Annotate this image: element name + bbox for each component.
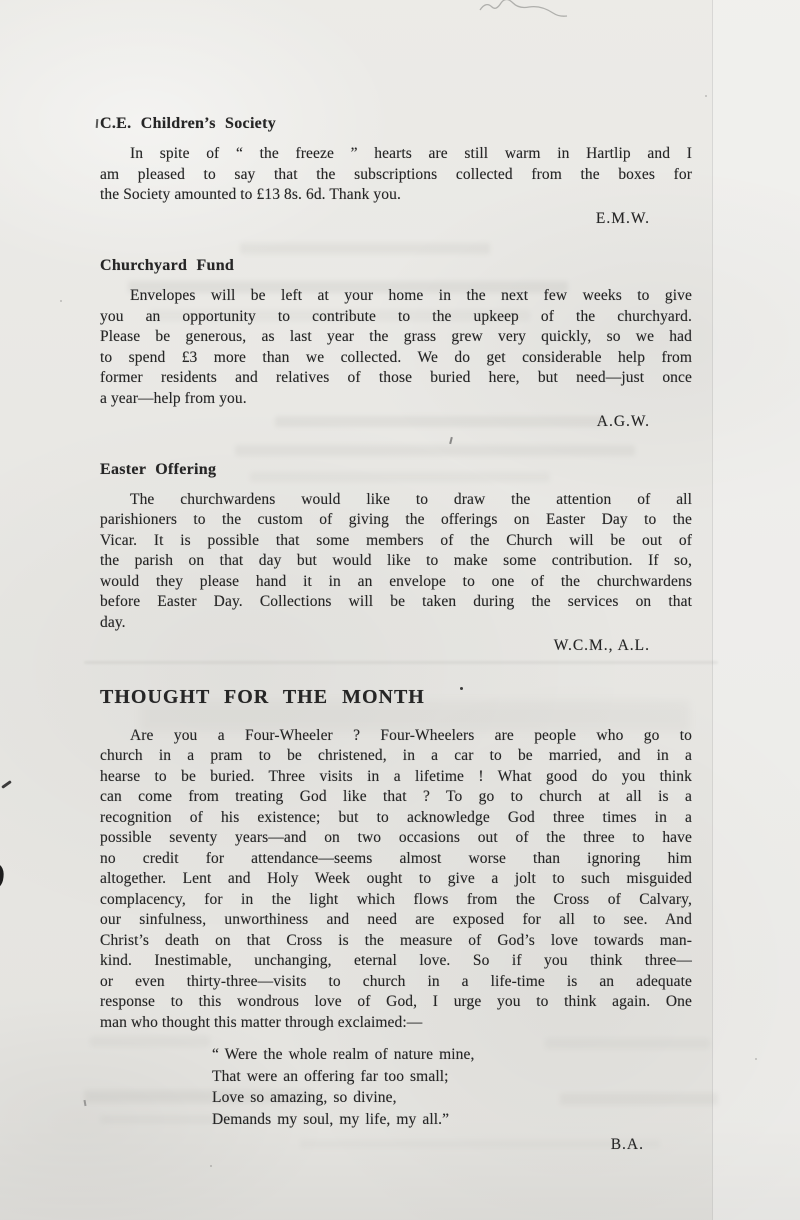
text-line: am pleased to say that the subscriptions… [100, 165, 692, 186]
text-line: church in a pram to be christened, in a … [100, 746, 692, 767]
text-line: That were an offering far too small; [212, 1066, 692, 1088]
margin-ink-tick [1, 780, 12, 789]
text-line: a year—help from you. [100, 389, 692, 410]
page-content: C.E. Children’s Society In spite of “ th… [100, 0, 692, 1156]
paper-speck [60, 300, 62, 302]
section-churchyard-fund: Churchyard Fund Envelopes will be left a… [100, 256, 692, 433]
text-line: Christ’s death on that Cross is the meas… [100, 931, 692, 952]
section-paragraph: The churchwardens would like to draw the… [100, 490, 692, 634]
section-easter-offering: Easter Offering The churchwardens would … [100, 460, 692, 657]
page-right-edge [712, 0, 800, 1220]
section-paragraph: In spite of “ the freeze ” hearts are st… [100, 144, 692, 206]
text-line: man who thought this matter through excl… [100, 1013, 692, 1034]
text-line: response to this wondrous love of God, I… [100, 992, 692, 1013]
text-line: recognition of his existence; but to ack… [100, 808, 692, 829]
section-heading: THOUGHT FOR THE MONTH [100, 685, 692, 709]
text-line: Vicar. It is possible that some members … [100, 531, 692, 552]
text-line: can come from treating God like that ? T… [100, 787, 692, 808]
text-line: the parish on that day but would like to… [100, 551, 692, 572]
text-line: In spite of “ the freeze ” hearts are st… [100, 144, 692, 165]
text-line: hearse to be buried. Three visits in a l… [100, 767, 692, 788]
text-line: the Society amounted to £13 8s. 6d. Than… [100, 185, 692, 206]
section-signature: E.M.W. [100, 209, 692, 230]
paper-speck [755, 1058, 757, 1060]
text-line: our sinfulness, unworthiness and need ar… [100, 910, 692, 931]
text-line: day. [100, 613, 692, 634]
text-line: complacency, for in the light which flow… [100, 890, 692, 911]
text-line: Demands my soul, my life, my all.” [212, 1109, 692, 1131]
section-heading: Easter Offering [100, 460, 692, 480]
text-line: no credit for attendance—seems almost wo… [100, 849, 692, 870]
section-heading: C.E. Children’s Society [100, 114, 692, 134]
text-line: possible seventy years—and on two occasi… [100, 828, 692, 849]
paper-speck [210, 1165, 212, 1167]
text-line: The churchwardens would like to draw the… [100, 490, 692, 511]
section-signature: B.A. [100, 1135, 692, 1156]
section-thought-for-the-month: THOUGHT FOR THE MONTH Are you a Four-Whe… [100, 685, 692, 1156]
text-line: or even thirty-three—visits to church in… [100, 972, 692, 993]
text-line: would they please hand it in an envelope… [100, 572, 692, 593]
text-line: altogether. Lent and Holy Week ought to … [100, 869, 692, 890]
text-line: Please be generous, as last year the gra… [100, 327, 692, 348]
text-line: Are you a Four-Wheeler ? Four-Wheelers a… [100, 726, 692, 747]
text-line: kind. Inestimable, unchanging, eternal l… [100, 951, 692, 972]
section-signature: W.C.M., A.L. [100, 636, 692, 657]
text-line: Envelopes will be left at your home in t… [100, 286, 692, 307]
text-line: parishioners to the custom of giving the… [100, 510, 692, 531]
section-paragraph: Envelopes will be left at your home in t… [100, 286, 692, 409]
section-signature: A.G.W. [100, 412, 692, 433]
margin-ink-tick [83, 1100, 86, 1106]
stray-ink-tick [96, 119, 99, 128]
margin-ink-blot: ) [0, 858, 7, 893]
text-line: former residents and relatives of those … [100, 368, 692, 389]
section-heading: Churchyard Fund [100, 256, 692, 276]
hymn-quotation: “ Were the whole realm of nature mine,Th… [212, 1044, 692, 1130]
section-ce-childrens-society: C.E. Children’s Society In spite of “ th… [100, 114, 692, 229]
text-line: Love so amazing, so divine, [212, 1087, 692, 1109]
text-line: before Easter Day. Collections will be t… [100, 592, 692, 613]
paper-speck [705, 95, 707, 97]
text-line: “ Were the whole realm of nature mine, [212, 1044, 692, 1066]
section-paragraph: Are you a Four-Wheeler ? Four-Wheelers a… [100, 726, 692, 1034]
text-line: to spend £3 more than we collected. We d… [100, 348, 692, 369]
text-line: you an opportunity to contribute to the … [100, 307, 692, 328]
scanned-magazine-page: ) C.E. Children’s Society In spite of “ … [0, 0, 800, 1220]
